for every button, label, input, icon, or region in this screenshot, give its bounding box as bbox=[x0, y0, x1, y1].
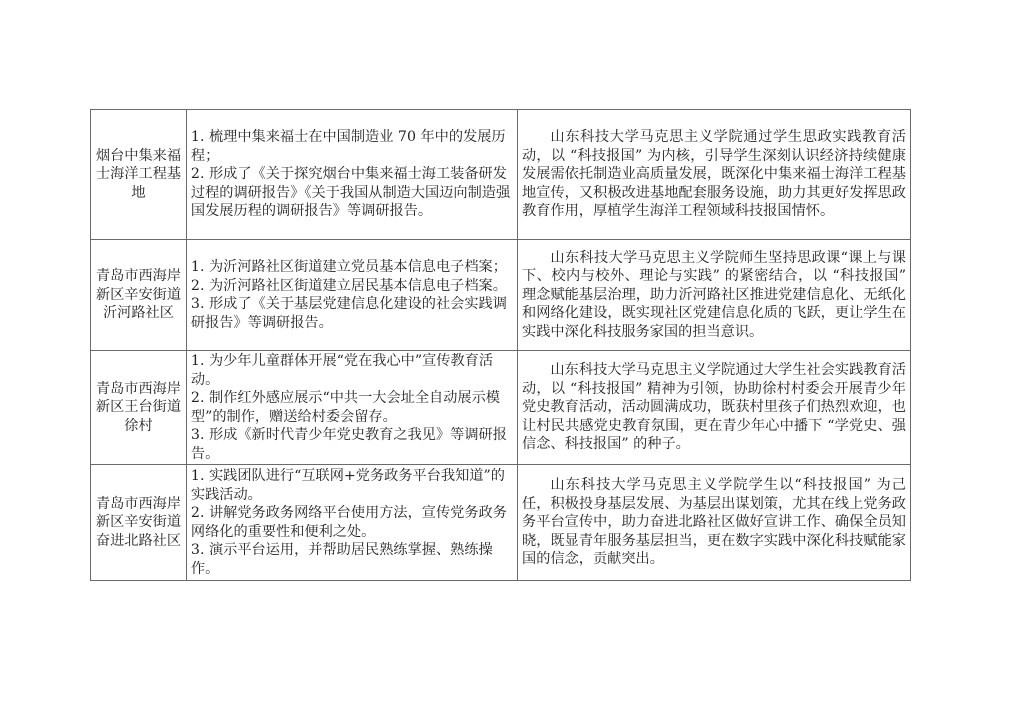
practice-results-table: 烟台中集来福士海洋工程基地 1. 梳理中集来福士在中国制造业 70 年中的发展历… bbox=[90, 109, 911, 581]
result-item: 3. 演示平台运用，并帮助居民熟练掌握、熟练操作。 bbox=[191, 541, 513, 578]
table-row: 青岛市西海岸新区辛安街道沂河路社区 1. 为沂河路社区街道建立党员基本信息电子档… bbox=[91, 240, 911, 351]
result-item: 1. 梳理中集来福士在中国制造业 70 年中的发展历程； bbox=[191, 128, 513, 165]
location-cell: 烟台中集来福士海洋工程基地 bbox=[91, 110, 187, 240]
table-row: 青岛市西海岸新区王台街道徐村 1. 为少年儿童群体开展“党在我心中”宣传教育活动… bbox=[91, 351, 911, 465]
effect-cell: 山东科技大学马克思主义学院通过学生思政实践教育活动，以 “科技报国” 为内核，引… bbox=[518, 110, 911, 240]
result-item: 1. 为少年儿童群体开展“党在我心中”宣传教育活动。 bbox=[191, 352, 513, 389]
result-item: 3. 形成了《关于基层党建信息化建设的社会实践调研报告》等调研报告。 bbox=[191, 295, 513, 332]
location-cell: 青岛市西海岸新区王台街道徐村 bbox=[91, 351, 187, 465]
table-row: 青岛市西海岸新区辛安街道奋进北路社区 1. 实践团队进行“互联网+党务政务平台我… bbox=[91, 465, 911, 581]
effect-cell: 山东科技大学马克思主义学院学生以“科技报国” 为己任，积极投身基层发展、为基层出… bbox=[518, 465, 911, 581]
effect-text: 山东科技大学马克思主义学院师生坚持思政课“课上与课下、校内与校外、理论与实践” … bbox=[522, 249, 906, 342]
result-item: 1. 实践团队进行“互联网+党务政务平台我知道”的实践活动。 bbox=[191, 467, 513, 504]
results-cell: 1. 为沂河路社区街道建立党员基本信息电子档案； 2. 为沂河路社区街道建立居民… bbox=[186, 240, 517, 351]
result-item: 2. 制作红外感应展示“中共一大会址全自动展示模型”的制作，赠送给村委会留存。 bbox=[191, 389, 513, 426]
result-item: 3. 形成《新时代青少年党史教育之我见》等调研报告。 bbox=[191, 426, 513, 463]
result-item: 1. 为沂河路社区街道建立党员基本信息电子档案； bbox=[191, 258, 513, 277]
result-item: 2. 为沂河路社区街道建立居民基本信息电子档案。 bbox=[191, 277, 513, 296]
location-cell: 青岛市西海岸新区辛安街道沂河路社区 bbox=[91, 240, 187, 351]
effect-text: 山东科技大学马克思主义学院通过学生思政实践教育活动，以 “科技报国” 为内核，引… bbox=[522, 128, 906, 221]
results-cell: 1. 梳理中集来福士在中国制造业 70 年中的发展历程； 2. 形成了《关于探究… bbox=[186, 110, 517, 240]
result-item: 2. 讲解党务政务网络平台使用方法，宣传党务政务网络化的重要性和便利之处。 bbox=[191, 504, 513, 541]
effect-cell: 山东科技大学马克思主义学院通过大学生社会实践教育活动，以 “科技报国” 精神为引… bbox=[518, 351, 911, 465]
location-cell: 青岛市西海岸新区辛安街道奋进北路社区 bbox=[91, 465, 187, 581]
result-item: 2. 形成了《关于探究烟台中集来福士海工装备研发过程的调研报告》《关于我国从制造… bbox=[191, 165, 513, 221]
table-row: 烟台中集来福士海洋工程基地 1. 梳理中集来福士在中国制造业 70 年中的发展历… bbox=[91, 110, 911, 240]
effect-text: 山东科技大学马克思主义学院通过大学生社会实践教育活动，以 “科技报国” 精神为引… bbox=[522, 361, 906, 454]
results-cell: 1. 实践团队进行“互联网+党务政务平台我知道”的实践活动。 2. 讲解党务政务… bbox=[186, 465, 517, 581]
effect-cell: 山东科技大学马克思主义学院师生坚持思政课“课上与课下、校内与校外、理论与实践” … bbox=[518, 240, 911, 351]
results-cell: 1. 为少年儿童群体开展“党在我心中”宣传教育活动。 2. 制作红外感应展示“中… bbox=[186, 351, 517, 465]
effect-text: 山东科技大学马克思主义学院学生以“科技报国” 为己任，积极投身基层发展、为基层出… bbox=[522, 476, 906, 569]
